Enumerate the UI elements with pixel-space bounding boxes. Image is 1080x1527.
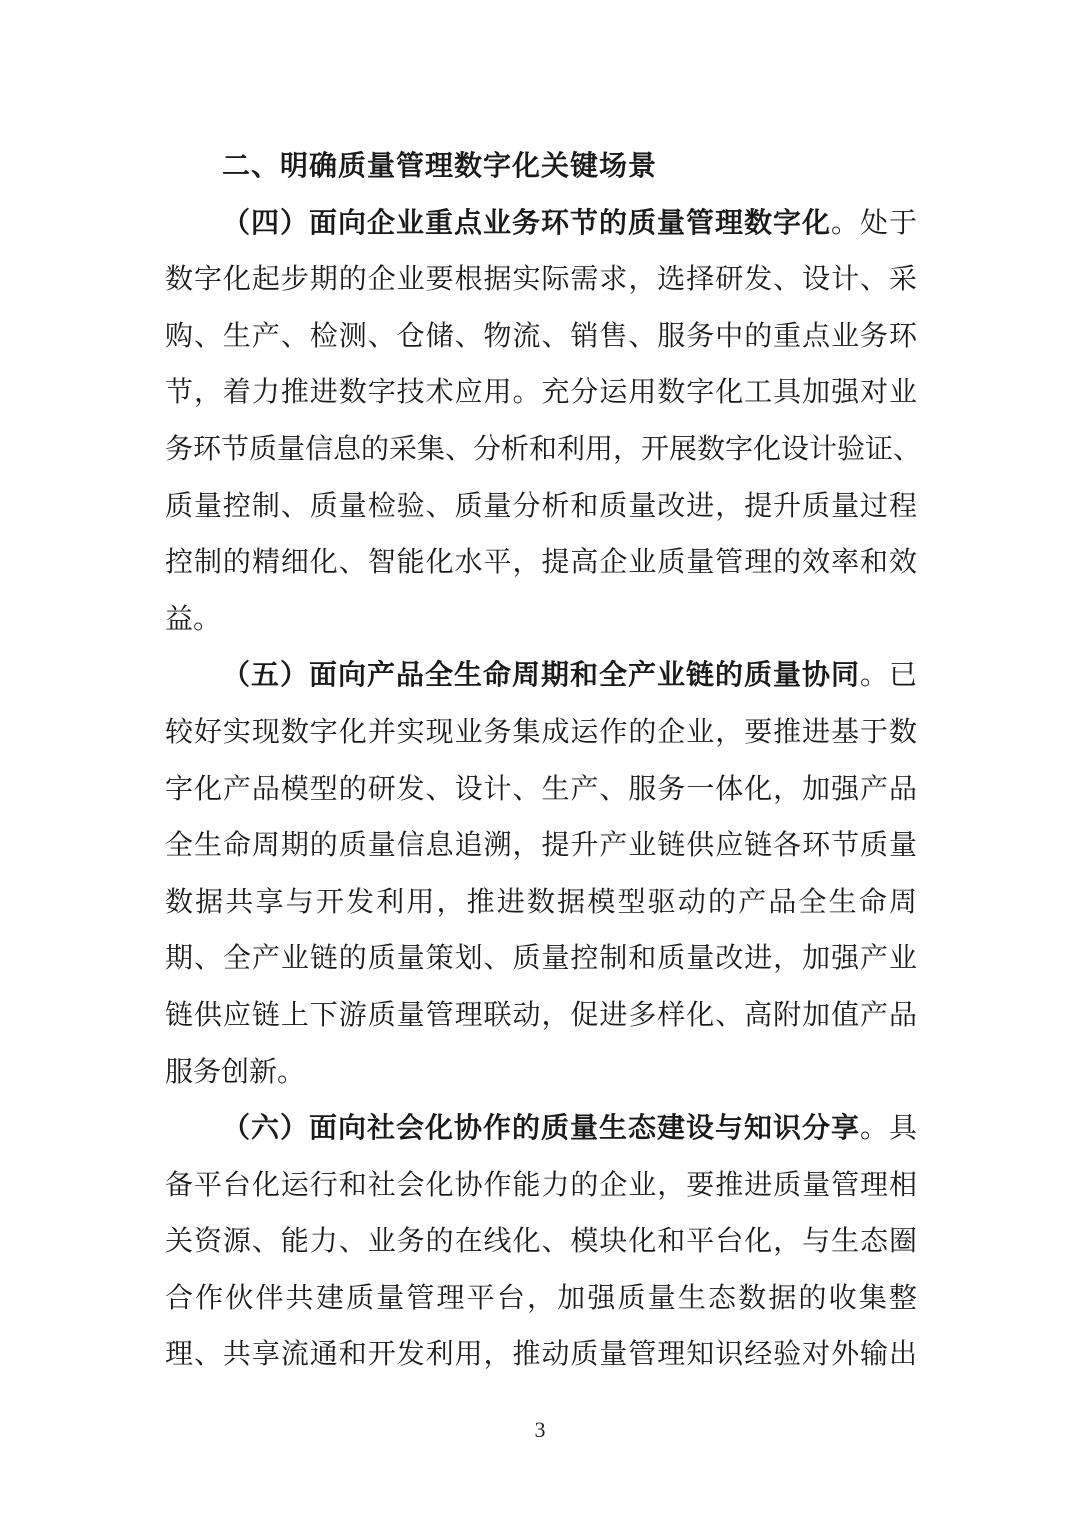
- paragraph-line: （五）面向产品全生命周期和全产业链的质量协同。已: [165, 647, 917, 704]
- paragraph-5: （五）面向产品全生命周期和全产业链的质量协同。已 较好实现数字化并实现业务集成运…: [165, 647, 917, 1100]
- paragraph-line: 控制的精细化、智能化水平，提高企业质量管理的效率和效: [165, 534, 917, 591]
- page-content: 二、明确质量管理数字化关键场景 （四）面向企业重点业务环节的质量管理数字化。处于…: [165, 138, 917, 1383]
- paragraph-4: （四）面向企业重点业务环节的质量管理数字化。处于 数字化起步期的企业要根据实际需…: [165, 195, 917, 648]
- paragraph-line: 数据共享与开发利用，推进数据模型驱动的产品全生命周: [165, 874, 917, 931]
- paragraph-line: 数字化起步期的企业要根据实际需求，选择研发、设计、采: [165, 251, 917, 308]
- paragraph-line: 服务创新。: [165, 1044, 917, 1101]
- paragraph-line: （四）面向企业重点业务环节的质量管理数字化。处于: [165, 195, 917, 252]
- paragraph-line: 关资源、能力、业务的在线化、模块化和平台化，与生态圈: [165, 1213, 917, 1270]
- paragraph-title: （五）面向产品全生命周期和全产业链的质量协同: [222, 658, 860, 691]
- document-page: 二、明确质量管理数字化关键场景 （四）面向企业重点业务环节的质量管理数字化。处于…: [0, 0, 1080, 1527]
- paragraph-line: 购、生产、检测、仓储、物流、销售、服务中的重点业务环: [165, 308, 917, 365]
- paragraph-text: 。具: [860, 1111, 917, 1144]
- paragraph-line: 期、全产业链的质量策划、质量控制和质量改进，加强产业: [165, 930, 917, 987]
- paragraph-line: 节，着力推进数字技术应用。充分运用数字化工具加强对业: [165, 364, 917, 421]
- paragraph-6: （六）面向社会化协作的质量生态建设与知识分享。具 备平台化运行和社会化协作能力的…: [165, 1100, 917, 1383]
- paragraph-line: 理、共享流通和开发利用，推动质量管理知识经验对外输出: [165, 1326, 917, 1383]
- paragraph-line: 链供应链上下游质量管理联动，促进多样化、高附加值产品: [165, 987, 917, 1044]
- paragraph-line: 务环节质量信息的采集、分析和利用，开展数字化设计验证、: [165, 421, 917, 478]
- paragraph-title: （六）面向社会化协作的质量生态建设与知识分享: [222, 1111, 860, 1144]
- paragraph-line: 全生命周期的质量信息追溯，提升产业链供应链各环节质量: [165, 817, 917, 874]
- paragraph-line: 质量控制、质量检验、质量分析和质量改进，提升质量过程: [165, 478, 917, 535]
- paragraph-line: 备平台化运行和社会化协作能力的企业，要推进质量管理相: [165, 1157, 917, 1214]
- paragraph-title: （四）面向企业重点业务环节的质量管理数字化: [222, 206, 831, 239]
- paragraph-line: 合作伙伴共建质量管理平台，加强质量生态数据的收集整: [165, 1270, 917, 1327]
- paragraph-text: 。处于: [831, 206, 917, 239]
- section-heading: 二、明确质量管理数字化关键场景: [165, 138, 917, 195]
- paragraph-line: 较好实现数字化并实现业务集成运作的企业，要推进基于数: [165, 704, 917, 761]
- paragraph-line: 字化产品模型的研发、设计、生产、服务一体化，加强产品: [165, 761, 917, 818]
- page-number: 3: [0, 1417, 1080, 1443]
- paragraph-line: 益。: [165, 591, 917, 648]
- paragraph-line: （六）面向社会化协作的质量生态建设与知识分享。具: [165, 1100, 917, 1157]
- paragraph-text: 。已: [860, 658, 917, 691]
